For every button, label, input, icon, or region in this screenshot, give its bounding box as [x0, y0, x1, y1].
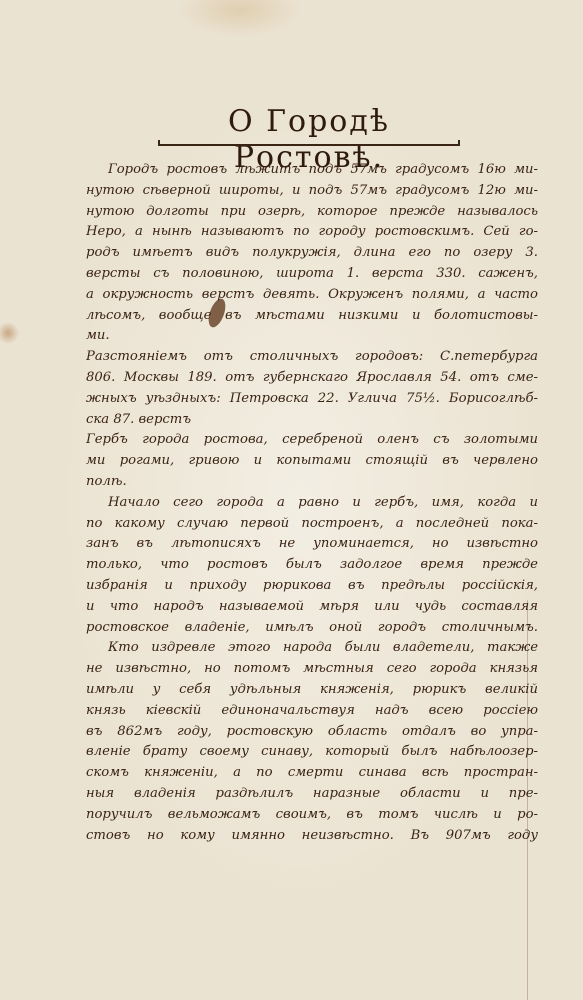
text-line: жныхъ уѣздныхъ: Петровска 22. Углича 75½…: [86, 389, 538, 410]
text-line: вленіе брату своему синаву, который былъ…: [86, 742, 538, 763]
text-line: имѣли у себя удѣльныя княженія, рюрикъ в…: [86, 680, 538, 701]
manuscript-page: О Городѣ Ростовѣ. Городъ ростовъ лѣжитъ …: [0, 0, 583, 1000]
paragraph-location: Городъ ростовъ лѣжитъ подъ 57мъ градусом…: [86, 160, 538, 347]
text-line: Городъ ростовъ лѣжитъ подъ 57мъ градусом…: [86, 160, 538, 181]
text-line: Разстояніемъ отъ столичныхъ городовъ: С.…: [86, 347, 538, 368]
text-line: Гербъ города ростова, серебреной оленъ с…: [86, 430, 538, 451]
paragraph-rulers: Кто издревле этого народа были владетели…: [86, 638, 538, 846]
text-line: версты съ половиною, широта 1. верста 33…: [86, 264, 538, 285]
text-line: Неро, а нынѣ называютъ по городу ростовс…: [86, 222, 538, 243]
text-line: родъ имѣетъ видъ полукружія, длина его п…: [86, 243, 538, 264]
text-line: полѣ.: [86, 472, 538, 493]
text-line: и что народъ называемой мѣря или чудь со…: [86, 597, 538, 618]
text-line: въ 862мъ году, ростовскую область отдалъ…: [86, 722, 538, 743]
paragraph-coat-of-arms: Гербъ города ростова, серебреной оленъ с…: [86, 430, 538, 492]
text-line: поручилъ вельможамъ своимъ, въ томъ числ…: [86, 805, 538, 826]
text-line: лѣсомъ, вообще въ мѣстами низкими и боло…: [86, 306, 538, 327]
page-title-block: О Городѣ Ростовѣ.: [150, 104, 468, 148]
text-line: нутою сѣверной широты, и подъ 57мъ граду…: [86, 181, 538, 202]
text-line: нутою долготы при озерѣ, которое прежде …: [86, 202, 538, 223]
text-line: избранія и приходу рюрикова въ предѣлы р…: [86, 576, 538, 597]
text-line: скомъ княженіи, а по смерти синава всѣ п…: [86, 763, 538, 784]
text-line: а окружность верстъ девять. Окруженъ пол…: [86, 285, 538, 306]
manuscript-body: Городъ ростовъ лѣжитъ подъ 57мъ градусом…: [86, 160, 538, 846]
text-line: ми рогами, гривою и копытами стоящій въ …: [86, 451, 538, 472]
text-line: князь кіевскій единоначальствуя надъ все…: [86, 701, 538, 722]
text-line: ми.: [86, 326, 538, 347]
text-line: ростовское владеніе, имѣлъ оной городъ с…: [86, 618, 538, 639]
paragraph-distances: Разстояніемъ отъ столичныхъ городовъ: С.…: [86, 347, 538, 430]
text-line: ска 87. верстъ: [86, 410, 538, 431]
text-line: занъ въ лѣтописяхъ не упоминается, но из…: [86, 534, 538, 555]
text-line: только, что ростовъ былъ задолгое время …: [86, 555, 538, 576]
text-line: 806. Москвы 189. отъ губернскаго Ярослав…: [86, 368, 538, 389]
title-underline: [158, 144, 460, 146]
text-line: Начало сего города а равно и гербъ, имя,…: [86, 493, 538, 514]
paragraph-origin: Начало сего города а равно и гербъ, имя,…: [86, 493, 538, 639]
text-line: ныя владенія раздѣлилъ наразные области …: [86, 784, 538, 805]
text-line: Кто издревле этого народа были владетели…: [86, 638, 538, 659]
text-line: не извѣстно, но потомъ мѣстныя сего горо…: [86, 659, 538, 680]
text-line: по какому случаю первой построенъ, а пос…: [86, 514, 538, 535]
text-line: стовъ но кому имянно неизвѣстно. Въ 907м…: [86, 826, 538, 847]
